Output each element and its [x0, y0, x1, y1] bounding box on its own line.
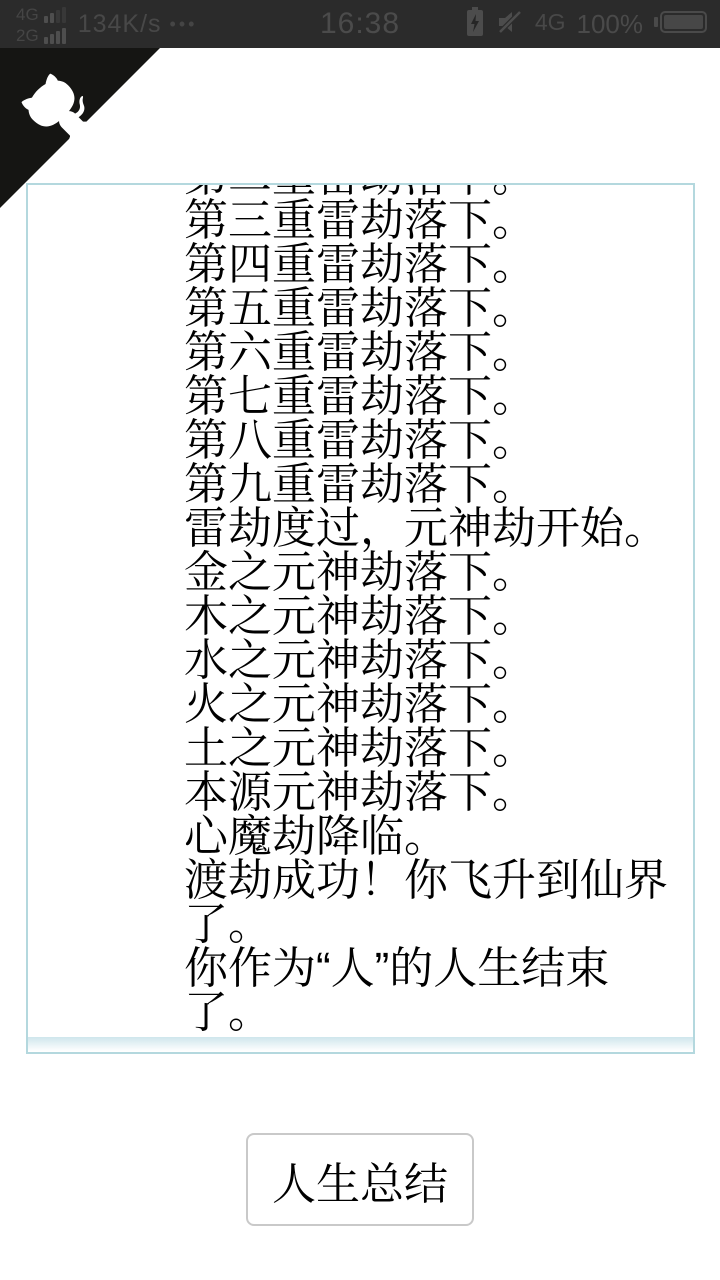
- life-log-content: 第二重雷劫落下。 第三重雷劫落下。 第四重雷劫落下。 第五重雷劫落下。 第六重雷…: [184, 183, 693, 1035]
- log-line: 第八重雷劫落下。: [184, 419, 693, 463]
- log-bottom-fade: [28, 1037, 693, 1052]
- network-type-label: 4G: [535, 9, 566, 36]
- battery-charging-icon: [465, 7, 485, 42]
- life-summary-button[interactable]: 人生总结: [246, 1133, 474, 1226]
- battery-icon: [654, 10, 708, 39]
- log-line: 第三重雷劫落下。: [184, 199, 693, 243]
- log-line: 水之元神劫落下。: [184, 639, 693, 683]
- log-line: 第六重雷劫落下。: [184, 331, 693, 375]
- log-line: 本源元神劫落下。: [184, 771, 693, 815]
- log-line: 第四重雷劫落下。: [184, 243, 693, 287]
- log-line: 渡劫成功！你飞升到仙界: [184, 859, 693, 903]
- log-line: 第七重雷劫落下。: [184, 375, 693, 419]
- log-line: 你作为“人”的人生结束: [184, 947, 693, 991]
- log-line: 火之元神劫落下。: [184, 683, 693, 727]
- log-line: 木之元神劫落下。: [184, 595, 693, 639]
- log-line: 了。: [184, 903, 693, 947]
- log-line: 第九重雷劫落下。: [184, 463, 693, 507]
- log-line: 了。: [184, 991, 693, 1035]
- status-right-cluster: 4G 100%: [465, 7, 720, 42]
- log-line: 雷劫度过，元神劫开始。: [184, 507, 693, 551]
- log-line: 金之元神劫落下。: [184, 551, 693, 595]
- battery-percent: 100%: [577, 9, 644, 40]
- mute-icon: [496, 8, 524, 41]
- life-log-panel[interactable]: 第二重雷劫落下。 第三重雷劫落下。 第四重雷劫落下。 第五重雷劫落下。 第六重雷…: [26, 183, 695, 1054]
- log-line: 第五重雷劫落下。: [184, 287, 693, 331]
- log-line: 心魔劫降临。: [184, 815, 693, 859]
- status-bar: 4G 2G 134K/s ••• 16:38: [0, 0, 720, 48]
- log-line: 土之元神劫落下。: [184, 727, 693, 771]
